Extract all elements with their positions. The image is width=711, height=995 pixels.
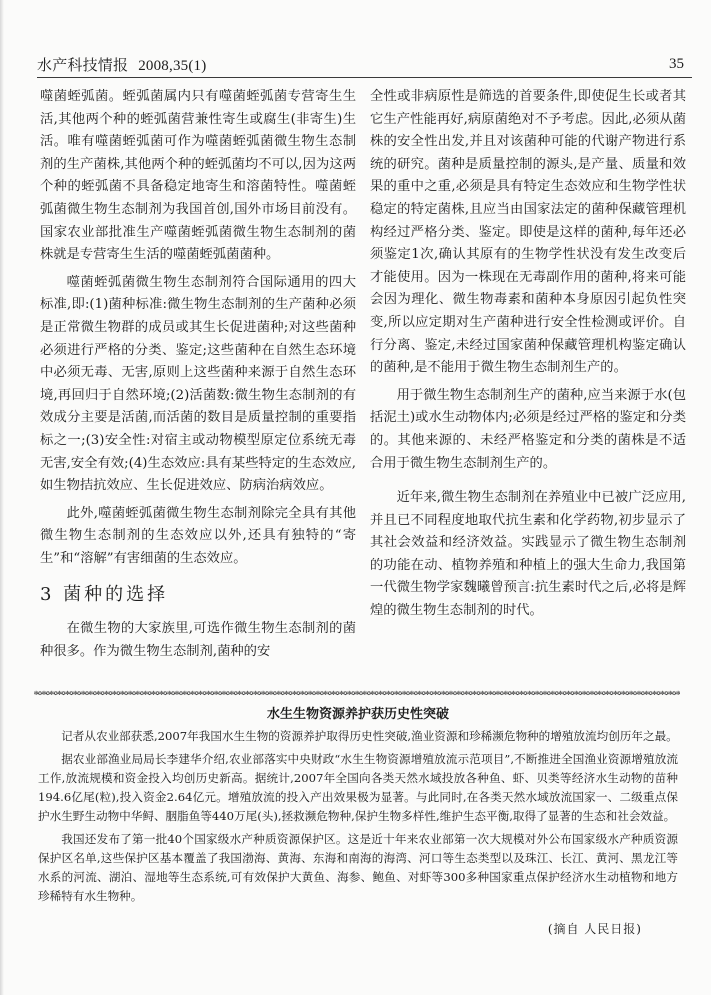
decorative-divider: ✻✪✻✪✻✪✻✪✻✪✻✪✻✪✻✪✻✪✻✪✻✪✻✪✻✪✻✪✻✪✻✪✻✪✻✪✻✪✻✪… (34, 689, 680, 697)
scan-edge-shadow (0, 0, 4, 995)
section-heading: 3 菌种的选择 (40, 582, 356, 608)
page-number: 35 (669, 56, 684, 73)
paragraph: 在微生物的大家族里,可选作微生物生态制剂的菌种很多。作为微生物生态制剂,菌种的安 (40, 618, 356, 663)
paragraph: 全性或非病原性是筛选的首要条件,即使促生长或者其它生产性能再好,病原菌绝对不予考… (370, 86, 686, 380)
news-title: 水生生物资源养护获历史性突破 (38, 705, 678, 725)
right-column: 全性或非病原性是筛选的首要条件,即使促生长或者其它生产性能再好,病原菌绝对不予考… (370, 86, 686, 623)
paragraph: 此外,噬菌蛭弧菌微生物生态制剂除完全具有其他微生物生态制剂的生态效应以外,还具有… (40, 503, 356, 571)
news-paragraph: 记者从农业部获悉,2007年我国水生生物的资源养护取得历史性突破,渔业资源和珍稀… (38, 727, 678, 746)
journal-title: 水产科技情报2008,35(1) (37, 54, 206, 75)
journal-page: 水产科技情报2008,35(1) 35 噬菌蛭弧菌。蛭弧菌属内只有噬菌蛭弧菌专营… (0, 0, 711, 995)
news-source: (摘自 人民日报) (38, 920, 678, 939)
paragraph: 用于微生物生态制剂生产的菌种,应当来源于水(包括泥土)或水生动物体内;必须是经过… (370, 385, 686, 475)
left-column: 噬菌蛭弧菌。蛭弧菌属内只有噬菌蛭弧菌专营寄生生活,其他两个种的蛭弧菌营兼性寄生或… (40, 86, 356, 664)
journal-issue: 2008,35(1) (138, 58, 206, 74)
paragraph: 噬菌蛭弧菌微生物生态制剂符合国际通用的四大标准,即:(1)菌种标准:微生物生态制… (40, 272, 356, 498)
journal-name: 水产科技情报 (37, 56, 128, 74)
news-paragraph: 我国还发布了第一批40个国家级水产种质资源保护区。这是近十年来农业部第一次大规模… (38, 830, 678, 906)
news-box: 水生生物资源养护获历史性突破 记者从农业部获悉,2007年我国水生生物的资源养护… (38, 705, 678, 939)
running-header: 水产科技情报2008,35(1) 35 (37, 53, 692, 78)
paragraph: 噬菌蛭弧菌。蛭弧菌属内只有噬菌蛭弧菌专营寄生生活,其他两个种的蛭弧菌营兼性寄生或… (40, 86, 356, 267)
paragraph: 近年来,微生物生态制剂在养殖业中已被广泛应用,并且已不同程度地取代抗生素和化学药… (370, 487, 686, 623)
news-paragraph: 据农业部渔业局局长李建华介绍,农业部落实中央财政“水生生物资源增殖放流示范项目”… (38, 750, 678, 826)
